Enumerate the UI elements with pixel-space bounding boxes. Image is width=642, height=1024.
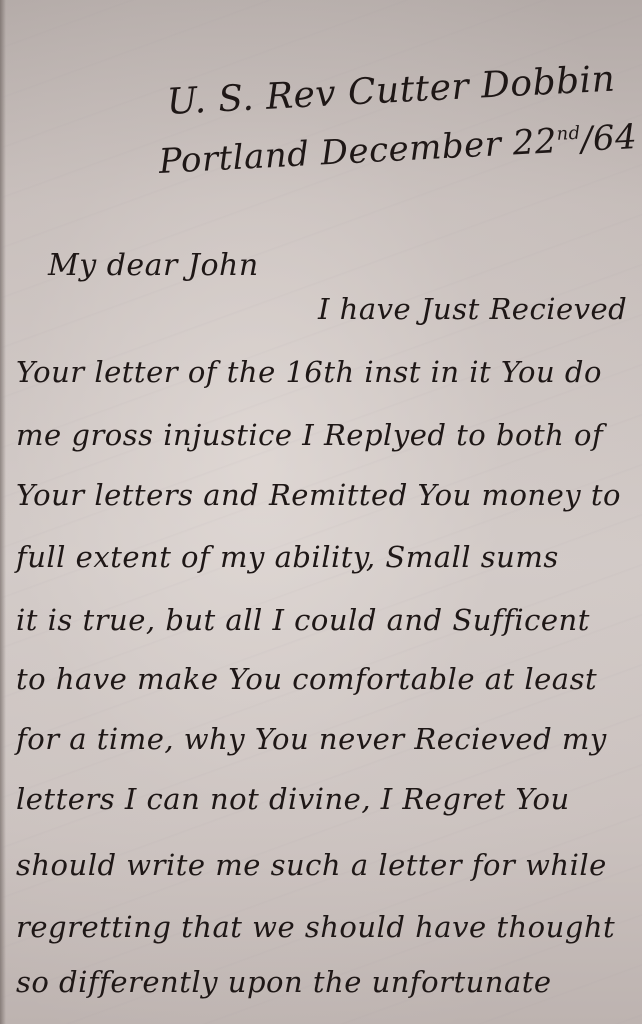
body-line: so differently upon the unfortunate xyxy=(16,965,552,999)
body-line: full extent of my ability, Small sums xyxy=(16,540,559,574)
body-line: regretting that we should have thought xyxy=(16,910,615,944)
place-and-date: Portland December 22 xyxy=(158,121,558,182)
body-line: me gross injustice I Replyed to both of xyxy=(16,418,603,452)
date-ordinal: nd xyxy=(556,123,581,145)
body-line: Your letters and Remitted You money to xyxy=(16,478,621,512)
letter-heading-vessel: U. S. Rev Cutter Dobbin xyxy=(166,59,616,123)
body-line: I have Just Recieved xyxy=(318,292,627,326)
body-line: for a time, why You never Recieved my xyxy=(16,722,607,756)
body-line: letters I can not divine, I Regret You xyxy=(16,782,570,816)
salutation: My dear John xyxy=(48,248,259,283)
letter-paper: U. S. Rev Cutter Dobbin Portland Decembe… xyxy=(0,0,642,1024)
body-line: Your letter of the 16th inst in it You d… xyxy=(16,355,602,389)
body-line: to have make You comfortable at least xyxy=(16,662,597,696)
vessel-name: U. S. Rev Cutter Dobbin xyxy=(166,59,616,123)
body-line: should write me such a letter for while xyxy=(16,848,607,882)
letter-heading-date: Portland December 22nd/64 xyxy=(158,117,638,182)
date-year: /64 xyxy=(580,117,638,160)
body-line: it is true, but all I could and Sufficen… xyxy=(16,603,590,637)
